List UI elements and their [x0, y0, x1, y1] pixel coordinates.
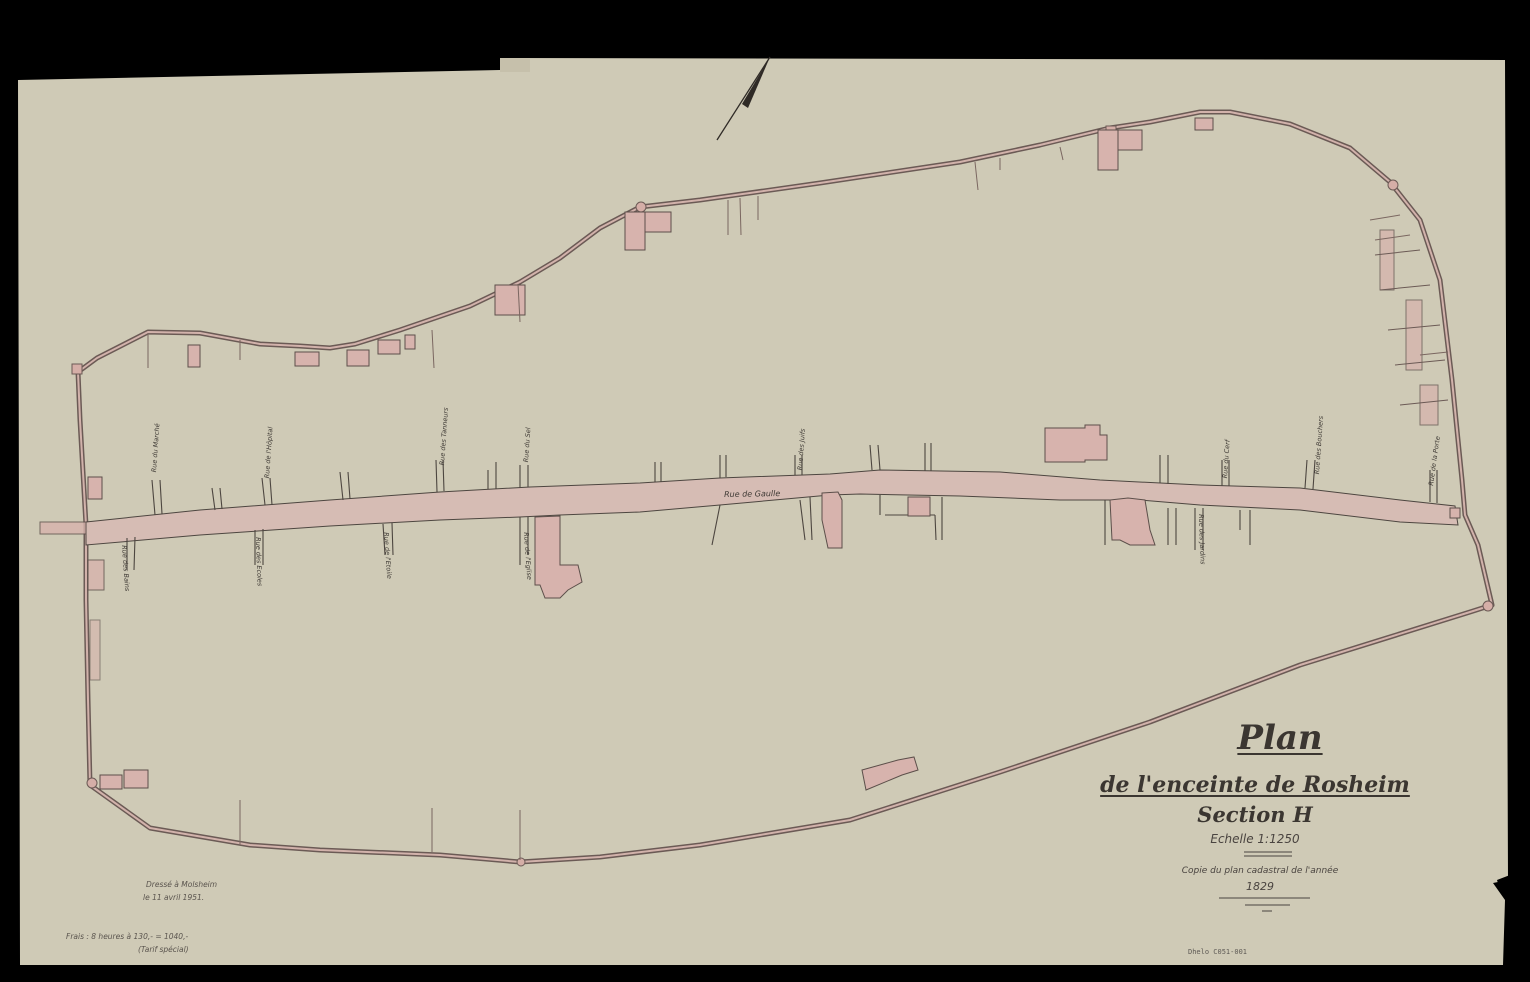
street-label: Rue des Ecoles [254, 537, 264, 586]
street-label: Rue des Jardins [1197, 514, 1207, 565]
map-title: Plan [1190, 718, 1370, 758]
copy-note: Copie du plan cadastral de l'année [1160, 866, 1360, 876]
drawn-date: le 11 avril 1951. [143, 893, 204, 902]
drawn-place: Dressé à Molsheim [146, 880, 217, 889]
map-scale: Echelle 1:1250 [1200, 832, 1310, 846]
copy-year: 1829 [1235, 880, 1285, 893]
map-sheet: Rue de Gaulle Rue du Marché Rue de l'Hôp… [0, 0, 1530, 982]
fees-line: Frais : 8 heures à 130,- = 1040,- [66, 932, 188, 941]
fees-note: (Tarif spécial) [138, 945, 189, 954]
map-section: Section H [1180, 802, 1330, 827]
map-subtitle: de l'enceinte de Rosheim [1090, 772, 1420, 798]
street-label-main: Rue de Gaulle [724, 489, 780, 499]
archive-reference: Dhelo C051-001 [1188, 948, 1247, 956]
